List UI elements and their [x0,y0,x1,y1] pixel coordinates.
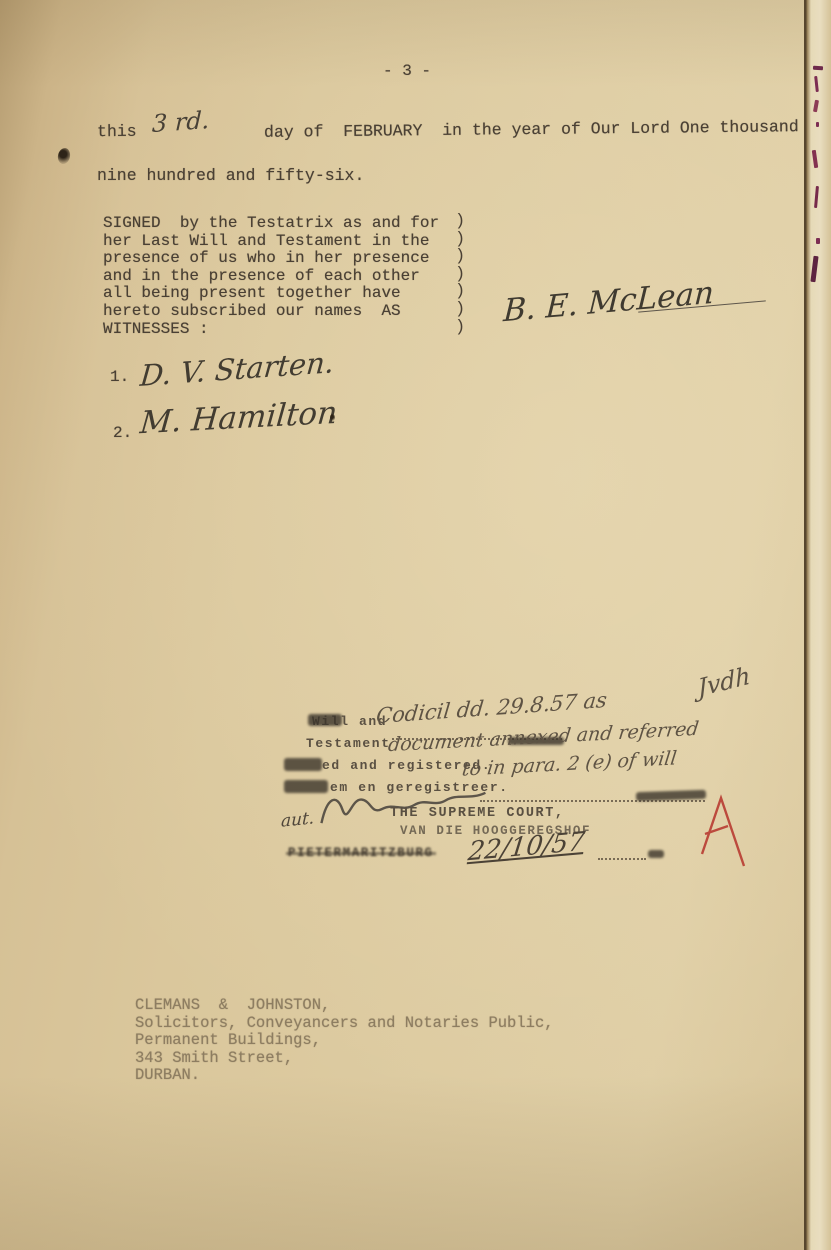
attestation-line: and in the presence of each other [103,268,439,286]
adjacent-page-marks [813,66,823,71]
red-a-annotation [694,792,754,870]
adjacent-page-marks [814,186,819,208]
bracket: ) [455,283,465,301]
firm-street: 343 Smith Street, [135,1050,554,1068]
stamp-testament: Testament [306,736,391,751]
clerk-initials: Jvdh [697,661,751,702]
bracket: ) [455,213,465,231]
attestation-line: her Last Will and Testament in the [103,233,439,251]
adjacent-page-edge [804,0,831,1250]
witness1-number: 1. [110,368,129,386]
witness2-signature: M. Hamilton [139,395,339,442]
adjacent-page-marks [810,256,818,282]
page-number: - 3 - [383,62,431,80]
adjacent-page-marks [816,122,819,127]
ink-blot [56,147,71,165]
adjacent-page-marks [813,100,819,113]
bracket: ) [455,301,465,319]
adjacent-page-marks [812,150,818,168]
codicil-note-line3: to in para. 2 (e) of will [461,747,678,780]
firm-city: DURBAN. [135,1067,554,1085]
aut-note: aut. [281,808,315,832]
pen-mark [330,414,335,421]
bracket: ) [455,231,465,249]
scanned-will-page: - 3 - this 3 rd. day of FEBRUARY in the … [0,0,831,1250]
testatrix-signature: B. E. McLean [502,275,714,330]
bracket: ) [455,266,465,284]
attestation-line: presence of us who in her presence [103,250,439,268]
date-clause-rest: day of FEBRUARY in the year of Our Lord … [264,117,799,142]
bracket: ) [455,319,465,337]
attestation-clause: SIGNED by the Testatrix as and for her L… [103,215,439,338]
strike-through [286,852,436,855]
firm-role: Solicitors, Conveyancers and Notaries Pu… [135,1015,554,1033]
witness1-signature: D. V. Starten. [139,345,336,393]
court-line-en: THE SUPREME COURT, [390,806,565,821]
firm-building: Permanent Buildings, [135,1032,554,1050]
attestation-brackets: ) ) ) ) ) ) ) [455,213,465,336]
date-clause-line2: nine hundred and fifty-six. [97,166,364,185]
adjacent-page-marks [816,238,820,244]
attestation-line: all being present together have [103,285,439,303]
date-clause-prefix: this [97,122,137,141]
attestation-line: WITNESSES : [103,321,439,339]
bracket: ) [455,248,465,266]
firm-name: CLEMANS & JOHNSTON, [135,997,554,1015]
adjacent-page-marks [814,76,819,92]
attestation-line: SIGNED by the Testatrix as and for [103,215,439,233]
witness2-number: 2. [113,424,132,442]
firm-block: CLEMANS & JOHNSTON, Solicitors, Conveyan… [135,997,554,1085]
codicil-note-line1: Codicil dd. 29.8.57 as [375,688,608,728]
handwritten-day: 3 rd. [152,106,210,138]
attestation-line: hereto subscribed our names AS [103,303,439,321]
